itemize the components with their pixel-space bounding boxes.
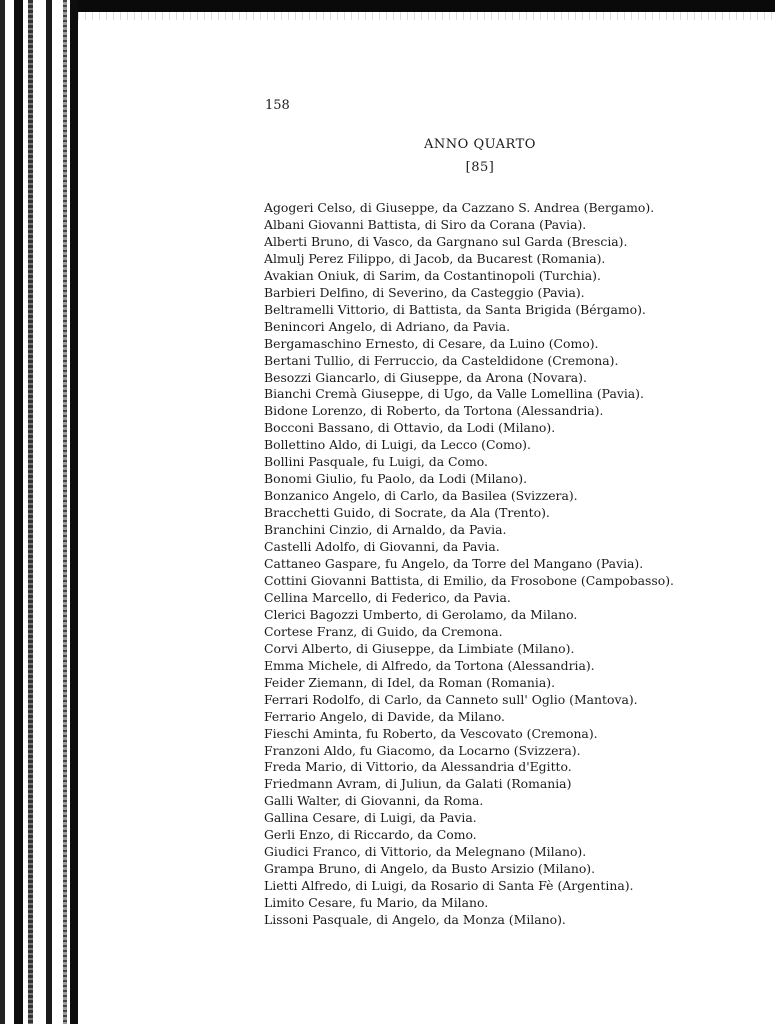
list-item: Almulj Perez Filippo, di Jacob, da Bucar… [264,251,674,268]
list-item: Avakian Oniuk, di Sarim, da Costantinopo… [264,268,674,285]
list-item: Castelli Adolfo, di Giovanni, da Pavia. [264,539,674,556]
binding-stripe [28,0,33,1024]
binding-stripe [14,0,23,1024]
list-item: Bonomi Giulio, fu Paolo, da Lodi (Milano… [264,471,674,488]
list-item: Benincori Angelo, di Adriano, da Pavia. [264,319,674,336]
list-item: Bracchetti Guido, di Socrate, da Ala (Tr… [264,505,674,522]
list-item: Emma Michele, di Alfredo, da Tortona (Al… [264,658,674,675]
list-item: Ferrario Angelo, di Davide, da Milano. [264,709,674,726]
list-item: Bidone Lorenzo, di Roberto, da Tortona (… [264,403,674,420]
section-number: [85] [380,160,580,175]
list-item: Lietti Alfredo, di Luigi, da Rosario di … [264,878,674,895]
scan-speckle [78,12,775,20]
list-item: Clerici Bagozzi Umberto, di Gerolamo, da… [264,607,674,624]
list-item: Galli Walter, di Giovanni, da Roma. [264,793,674,810]
list-item: Bollettino Aldo, di Luigi, da Lecco (Com… [264,437,674,454]
list-item: Friedmann Avram, di Juliun, da Galati (R… [264,776,674,793]
list-item: Gallina Cesare, di Luigi, da Pavia. [264,810,674,827]
page-title: ANNO QUARTO [380,137,580,152]
binding-stripe [46,0,52,1024]
list-item: Giudici Franco, di Vittorio, da Melegnan… [264,844,674,861]
list-item: Bertani Tullio, di Ferruccio, da Casteld… [264,353,674,370]
student-list: Agogeri Celso, di Giuseppe, da Cazzano S… [264,200,674,929]
list-item: Cottini Giovanni Battista, di Emilio, da… [264,573,674,590]
list-item: Bergamaschino Ernesto, di Cesare, da Lui… [264,336,674,353]
list-item: Lissoni Pasquale, di Angelo, da Monza (M… [264,912,674,929]
list-item: Alberti Bruno, di Vasco, da Gargnano sul… [264,234,674,251]
list-item: Branchini Cinzio, di Arnaldo, da Pavia. [264,522,674,539]
list-item: Barbieri Delfino, di Severino, da Casteg… [264,285,674,302]
list-item: Bonzanico Angelo, di Carlo, da Basilea (… [264,488,674,505]
list-item: Bianchi Cremà Giuseppe, di Ugo, da Valle… [264,386,674,403]
book-binding-edge [0,0,78,1024]
list-item: Cellina Marcello, di Federico, da Pavia. [264,590,674,607]
list-item: Ferrari Rodolfo, di Carlo, da Canneto su… [264,692,674,709]
list-item: Bocconi Bassano, di Ottavio, da Lodi (Mi… [264,420,674,437]
list-item: Grampa Bruno, di Angelo, da Busto Arsizi… [264,861,674,878]
list-item: Feider Ziemann, di Idel, da Roman (Roman… [264,675,674,692]
list-item: Agogeri Celso, di Giuseppe, da Cazzano S… [264,200,674,217]
list-item: Beltramelli Vittorio, di Battista, da Sa… [264,302,674,319]
list-item: Cattaneo Gaspare, fu Angelo, da Torre de… [264,556,674,573]
list-item: Corvi Alberto, di Giuseppe, da Limbiate … [264,641,674,658]
list-item: Gerli Enzo, di Riccardo, da Como. [264,827,674,844]
scan-top-border [0,0,775,12]
list-item: Cortese Franz, di Guido, da Cremona. [264,624,674,641]
list-item: Besozzi Giancarlo, di Giuseppe, da Arona… [264,370,674,387]
binding-stripe [63,0,67,1024]
binding-stripe [70,0,78,1024]
list-item: Limito Cesare, fu Mario, da Milano. [264,895,674,912]
list-item: Albani Giovanni Battista, di Siro da Cor… [264,217,674,234]
list-item: Freda Mario, di Vittorio, da Alessandria… [264,759,674,776]
binding-stripe [0,0,5,1024]
list-item: Bollini Pasquale, fu Luigi, da Como. [264,454,674,471]
page-number: 158 [265,98,290,113]
list-item: Fieschi Aminta, fu Roberto, da Vescovato… [264,726,674,743]
list-item: Franzoni Aldo, fu Giacomo, da Locarno (S… [264,743,674,760]
